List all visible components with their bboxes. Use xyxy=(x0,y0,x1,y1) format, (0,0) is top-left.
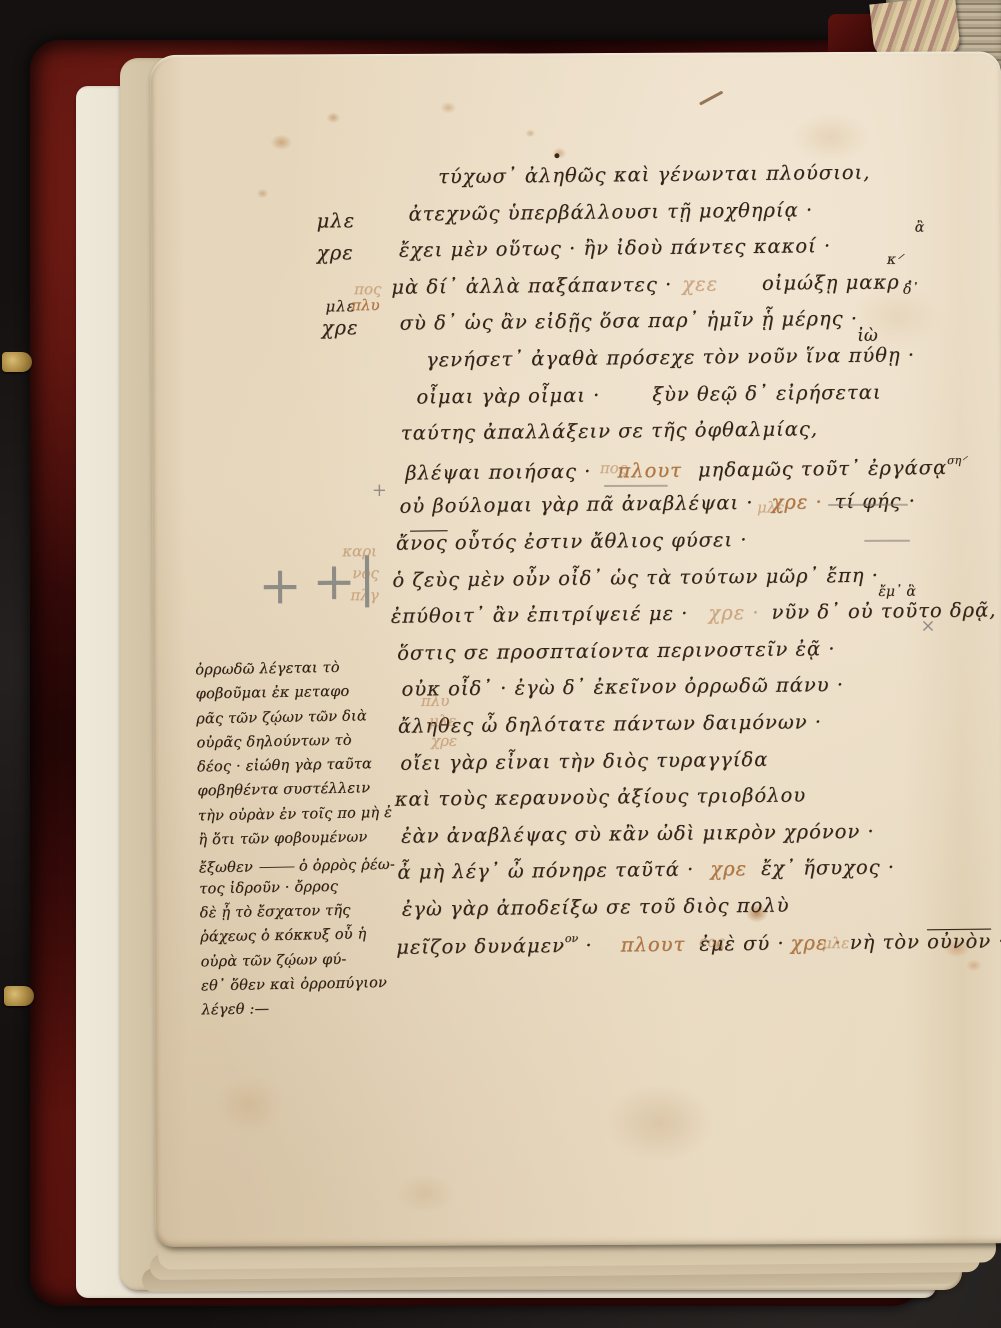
stain xyxy=(440,102,456,114)
text-segment: ἔχει μὲν οὕτως · ἢν ἰδοὺ πάντες κακοί · xyxy=(399,234,831,262)
text-line: τύχωσ᾽ ἀληθῶς καὶ γένωνται πλούσιοι, xyxy=(386,160,986,203)
pencil-mark: | xyxy=(358,558,376,598)
text-segment: τί φής · xyxy=(835,490,917,514)
text-segment: ἀτεχνῶς ὑπερβάλλουσι τῇ μοχθηρίᾳ · xyxy=(408,198,813,225)
text-segment: ὁ ζεὺς μὲν οὖν οἶδ᾽ ὡς τὰ τούτων μῶρ᾽ ἔπ… xyxy=(392,563,879,591)
scholion-line: λέγεθ :— xyxy=(201,998,431,1027)
text-segment: ὅστις σε προσπταίοντα περινοστεῖν ἐᾷ · xyxy=(397,637,836,665)
pencil-rule-mark xyxy=(864,540,910,542)
manuscript-photo: τύχωσ᾽ ἀληθῶς καὶ γένωνται πλούσιοι,μλεἀ… xyxy=(0,0,1001,1328)
text-segment: βλέψαι ποιήσας · xyxy=(405,459,591,484)
rubric-speaker-label: μλε xyxy=(757,498,784,516)
speaker-abbreviation: χρε xyxy=(317,241,354,264)
text-line: ἆ μὴ λέγ᾽ ὦ πόνηρε ταῦτά ·χρεἔχ᾽ ἥσυχος … xyxy=(393,855,993,898)
text-segment: καὶ τοὺς κεραυνοὺς ἀξίους τριοβόλου xyxy=(395,784,807,811)
text-segment: νῦν δ᾽ οὐ τοῦτο δρᾷ, xyxy=(771,599,996,624)
rubric-speaker-label: ϲος xyxy=(699,933,725,951)
text-segment: οἰμώξῃ μακρ · xyxy=(762,270,914,295)
marginal-note: κ⸍ xyxy=(887,250,903,269)
text-line: οἶμαι γὰρ οἶμαι ·ξὺν θεῷ δ᾽ εἰρήσεται xyxy=(388,379,988,422)
rubric-speaker-label: χρε · xyxy=(708,601,759,625)
text-segment: ταύτης ἀπαλλάξειν σε τῆς ὀφθαλμίας, xyxy=(401,417,818,444)
text-segment: ἄληθες ὦ δηλότατε πάντων δαιμόνων · xyxy=(398,710,822,737)
gap xyxy=(760,618,772,619)
text-segment: ξὺν θεῷ δ᾽ εἰρήσεται xyxy=(652,380,882,405)
text-segment: οὗτός ἐστιν ἄθλιος φύσει · xyxy=(448,528,748,554)
stain xyxy=(525,129,535,137)
gap xyxy=(685,950,699,951)
text-segment: οὐνὸν xyxy=(927,930,991,954)
stain xyxy=(270,134,292,150)
stain xyxy=(395,1174,455,1214)
stain xyxy=(257,188,269,198)
text-line: οὐκ οἶδ᾽ · ἐγὼ δ᾽ ἐκεῖνον ὀρρωδῶ πάνυ · xyxy=(391,672,991,715)
rubric-speaker-label: χεε xyxy=(682,272,718,295)
marginal-note: ἂ xyxy=(915,220,925,236)
pencil-rule-mark xyxy=(604,485,668,487)
text-line: μλεἀτεχνῶς ὑπερβάλλουσι τῇ μοχθηρίᾳ · xyxy=(386,196,986,239)
marginal-note: δ᾽ xyxy=(903,282,919,298)
text-segment: τύχωσ᾽ ἀληθῶς καὶ γένωνται πλούσιοι, xyxy=(438,161,870,189)
text-line: μὰ δί᾽ ἀλλὰ παξάπαντες ·χεεοἰμώξῃ μακρ · xyxy=(387,269,987,312)
pencil-rule-mark xyxy=(828,504,908,506)
text-segment: οὐκ οἶδ᾽ · ἐγὼ δ᾽ ἐκεῖνον ὀρρωδῶ πάνυ · xyxy=(401,673,844,701)
rubric-speaker-label: πλυ xyxy=(421,692,450,710)
rubric-speaker-label: πλυ xyxy=(351,296,380,314)
text-segment: μὰ δί᾽ ἀλλὰ παξάπαντες · xyxy=(391,273,672,299)
stain xyxy=(214,1074,284,1134)
gap xyxy=(593,951,621,952)
gap xyxy=(694,875,710,876)
gap xyxy=(682,475,698,476)
gap xyxy=(747,874,761,875)
text-segment: νος xyxy=(410,531,448,554)
brass-clasp-pin xyxy=(4,986,34,1006)
text-line: ἐγὼ γὰρ ἀποδείξω σε τοῦ διὸς πολὺ xyxy=(394,891,994,934)
gap xyxy=(672,289,682,290)
rubric-speaker-label: πλουτ xyxy=(621,933,686,957)
text-line: ἄνος οὗτός ἐστιν ἄθλιος φύσει · xyxy=(390,525,990,568)
gap xyxy=(688,619,708,620)
text-segment: οὐ βούλομαι γὰρ πᾶ ἀναβλέψαι · xyxy=(399,491,753,518)
text-segment: · xyxy=(578,934,593,957)
text-segment: ἐπύθοιτ᾽ ἂν ἐπιτρίψειέ με · xyxy=(391,602,689,628)
pencil-mark: + xyxy=(312,562,356,602)
marginal-note: ἰὼ xyxy=(857,326,878,346)
text-line: μλεχρεσὺ δ᾽ ὡς ἂν εἰδῇς ὅσα παρ᾽ ἡμῖν ᾗ … xyxy=(388,306,988,349)
manuscript-page: τύχωσ᾽ ἀληθῶς καὶ γένωνται πλούσιοι,μλεἀ… xyxy=(150,51,1001,1247)
text-line: γενήσετ᾽ ἀγαθὰ πρόσεχε τὸν νοῦν ἵνα πύθῃ… xyxy=(388,342,988,385)
text-segment: ἔχ᾽ ἥσυχος · xyxy=(761,856,895,880)
pencil-mark: + xyxy=(372,480,387,501)
stain xyxy=(326,112,340,123)
text-line: μεῖζον δυνάμενον ·πλουτἐμὲ σύ ·χρε ·νὴ τ… xyxy=(394,928,994,971)
text-segment: ον xyxy=(565,932,578,945)
text-segment: ἐὰν ἀναβλέψας σὺ κἂν ὠδὶ μικρὸν χρόνον · xyxy=(401,819,875,847)
rubric-speaker-label: μλε xyxy=(429,712,456,730)
stain xyxy=(552,147,566,159)
text-segment: οἴει γὰρ εἶναι τὴν διὸς τυραγγίδα xyxy=(400,747,768,774)
gap xyxy=(600,400,652,402)
rubric-speaker-label: πος xyxy=(600,459,627,477)
stain xyxy=(790,112,870,162)
text-line: καὶ τοὺς κεραυνοὺς ἀξίους τριοβόλου xyxy=(393,782,993,825)
speaker-abbreviation: χρε xyxy=(322,316,359,339)
gap xyxy=(718,289,762,290)
text-line: ὅστις σε προσπταίοντα περινοστεῖν ἐᾷ · xyxy=(391,635,991,678)
text-line: οἴει γὰρ εἶναι τὴν διὸς τυραγγίδα xyxy=(392,745,992,788)
pencil-mark: × xyxy=(920,616,935,637)
text-segment: οἶμαι γὰρ οἶμαι · xyxy=(416,383,600,408)
text-line: ἐπύθοιτ᾽ ἂν ἐπιτρίψειέ με ·χρε ·νῦν δ᾽ ο… xyxy=(391,599,991,642)
text-line: ἐὰν ἀναβλέψας σὺ κἂν ὠδὶ μικρὸν χρόνον · xyxy=(393,818,993,861)
text-line: ἄληθες ὦ δηλότατε πάντων δαιμόνων · xyxy=(392,708,992,751)
text-line: ταύτης ἀπαλλάξειν σε τῆς ὀφθαλμίας, xyxy=(389,416,989,459)
rubric-speaker-label: χρε xyxy=(431,732,457,750)
marginal-note: ἔμ᾽ ἃ xyxy=(878,584,916,600)
text-segment: ἄ xyxy=(396,532,410,555)
rubric-speaker-label: χρε xyxy=(710,857,747,880)
rubric-speaker-label: μλε xyxy=(822,934,849,952)
brass-clasp-pin xyxy=(2,352,32,372)
text-segment: ἐγὼ γὰρ ἀποδείξω σε τοῦ διὸς πολὺ xyxy=(402,894,790,921)
text-segment: ἆ μὴ λέγ᾽ ὦ πόνηρε ταῦτά · xyxy=(397,858,694,884)
text-segment: · xyxy=(991,930,1001,953)
text-segment: μηδαμῶς τοῦτ᾽ ἐργάσᾳ xyxy=(698,456,948,482)
ink-spot xyxy=(554,153,559,158)
speaker-abbreviation: μλε xyxy=(316,209,355,232)
text-line: οὐ βούλομαι γὰρ πᾶ ἀναβλέψαι ·χρε ·τί φή… xyxy=(389,489,989,532)
marginal-scholion-block: ὀρρωδῶ λέγεται τὸφοβοῦμαι ἐκ μεταφορᾶς τ… xyxy=(195,658,432,1027)
pen-trial-mark xyxy=(699,91,723,106)
text-segment: ση⸍ xyxy=(947,453,967,466)
stain xyxy=(604,1083,714,1163)
text-segment: νὴ τὸν xyxy=(850,931,928,955)
text-segment: γενήσετ᾽ ἀγαθὰ πρόσεχε τὸν νοῦν ἵνα πύθῃ… xyxy=(426,343,915,371)
pencil-mark: + xyxy=(258,566,302,606)
text-segment: σὺ δ᾽ ὡς ἂν εἰδῇς ὅσα παρ᾽ ἡμῖν ᾗ μέρης … xyxy=(400,307,859,335)
gap xyxy=(823,507,835,508)
